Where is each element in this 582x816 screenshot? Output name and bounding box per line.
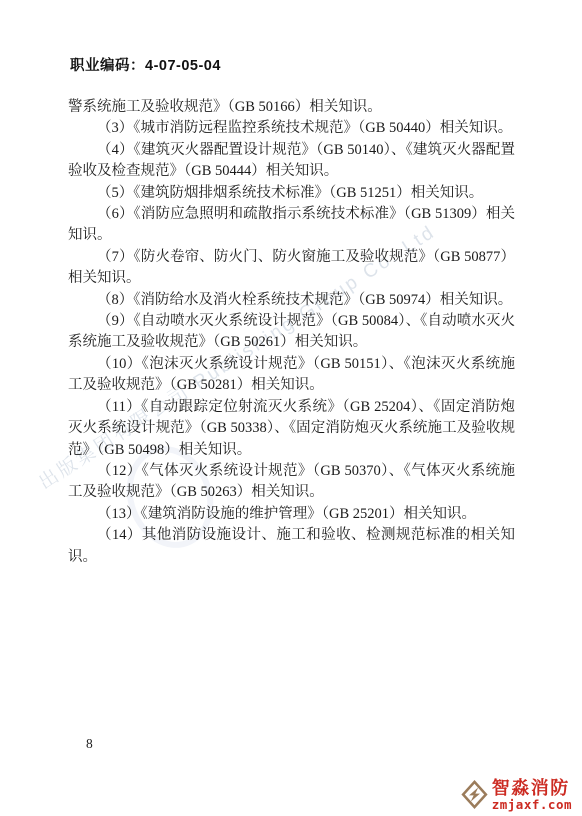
body-paragraph: （11）《自动跟踪定位射流灭火系统》（GB 25204）、《固定消防炮灭火系统设… <box>68 397 515 461</box>
body-paragraph: （12）《气体灭火系统设计规范》（GB 50370）、《气体灭火系统施工及验收规… <box>68 461 515 504</box>
body-paragraph: （9）《自动喷水灭火系统设计规范》（GB 50084）、《自动喷水灭火系统施工及… <box>68 311 515 354</box>
job-code: 职业编码：4-07-05-04 <box>70 54 221 75</box>
body-paragraph: （3）《城市消防远程监控系统技术规范》（GB 50440）相关知识。 <box>68 118 515 139</box>
diamond-lightning-icon <box>461 779 488 810</box>
logo-brand-name: 智淼消防 <box>492 779 572 797</box>
body-text: 警系统施工及验收规范》（GB 50166）相关知识。 （3）《城市消防远程监控系… <box>68 97 515 568</box>
logo-domain: zmjaxf.com <box>492 799 572 812</box>
body-paragraph: （7）《防火卷帘、防火门、防火窗施工及验收规范》（GB 50877）相关知识。 <box>68 247 515 290</box>
page-number: 8 <box>86 736 93 752</box>
body-paragraph: 警系统施工及验收规范》（GB 50166）相关知识。 <box>68 97 515 118</box>
document-page: 职业编码：4-07-05-04 出版集团有限公司 Publishing Grou… <box>0 0 582 816</box>
body-paragraph: （6）《消防应急照明和疏散指示系统技术标准》（GB 51309）相关知识。 <box>68 204 515 247</box>
body-paragraph: （10）《泡沫灭火系统设计规范》（GB 50151）、《泡沫灭火系统施工及验收规… <box>68 354 515 397</box>
body-paragraph: （8）《消防给水及消火栓系统技术规范》（GB 50974）相关知识。 <box>68 290 515 311</box>
body-paragraph: （4）《建筑灭火器配置设计规范》（GB 50140）、《建筑灭火器配置验收及检查… <box>68 140 515 183</box>
site-logo: 智淼消防 zmjaxf.com <box>461 779 572 812</box>
body-paragraph: （14）其他消防设施设计、施工和验收、检测规范标准的相关知识。 <box>68 525 515 568</box>
body-paragraph: （13）《建筑消防设施的维护管理》（GB 25201）相关知识。 <box>68 504 515 525</box>
logo-text-block: 智淼消防 zmjaxf.com <box>492 779 572 812</box>
body-paragraph: （5）《建筑防烟排烟系统技术标准》（GB 51251）相关知识。 <box>68 183 515 204</box>
